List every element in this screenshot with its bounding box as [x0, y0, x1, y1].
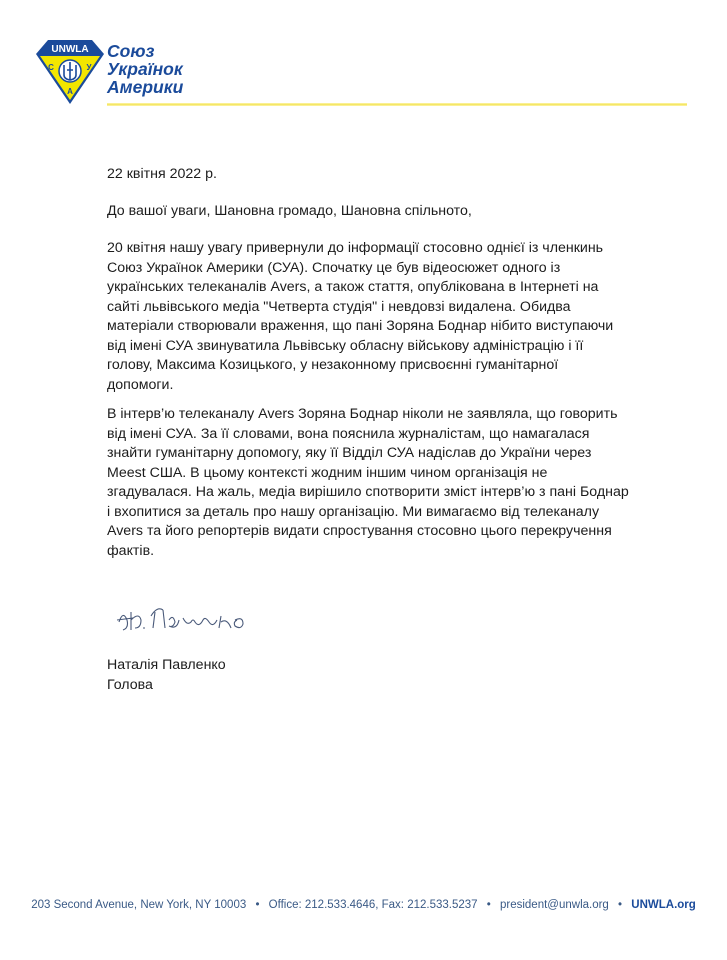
svg-text:С: С	[48, 63, 54, 72]
unwla-emblem-icon: UNWLA С У А	[34, 38, 106, 106]
paragraph-line: сайті львівського медіа "Четверта студія…	[107, 298, 627, 318]
footer-separator: •	[487, 899, 491, 911]
letter-greeting: До вашої уваги, Шановна громадо, Шановна…	[107, 202, 472, 222]
letter-paragraph-1: 20 квітня нашу увагу привернули до інфор…	[107, 239, 627, 395]
signer-name: Наталія Павленко	[107, 656, 226, 676]
paragraph-line: Meest США. В цьому контексті жодним інши…	[107, 464, 627, 484]
footer-address: 203 Second Avenue, New York, NY 10003	[31, 899, 246, 911]
footer-website-link[interactable]: UNWLA.org	[631, 899, 696, 911]
letterhead: UNWLA С У А Союз Українок Америки	[34, 38, 694, 110]
paragraph-line: матеріали створювали враження, що пані З…	[107, 317, 627, 337]
paragraph-line: від імені СУА. За її словами, вона поясн…	[107, 425, 627, 445]
paragraph-line: Союз Українок Америки (СУА). Спочатку це…	[107, 259, 627, 279]
paragraph-line: допомоги.	[107, 376, 627, 396]
paragraph-line: Avers та його репортерів видати спростув…	[107, 522, 627, 542]
paragraph-line: фактів.	[107, 542, 627, 562]
paragraph-line: голову, Максима Козицького, у незаконном…	[107, 356, 627, 376]
header-divider	[107, 103, 687, 106]
paragraph-line: 20 квітня нашу увагу привернули до інфор…	[107, 239, 627, 259]
footer-separator: •	[255, 899, 259, 911]
org-name-line: Америки	[107, 78, 183, 96]
org-name-line: Українок	[107, 60, 183, 78]
letter-date: 22 квітня 2022 р.	[107, 165, 217, 185]
letterhead-footer: 203 Second Avenue, New York, NY 10003 • …	[0, 899, 727, 911]
letter-paragraph-2: В інтерв’ю телеканалу Avers Зоряна Бодна…	[107, 405, 627, 561]
organization-name: Союз Українок Америки	[107, 42, 183, 96]
paragraph-line: українських телеканалів Avers, а також с…	[107, 278, 627, 298]
svg-text:А: А	[67, 87, 73, 96]
handwritten-signature: Н.Павленко	[113, 598, 293, 638]
paragraph-line: і вхопитися за деталь про нашу організац…	[107, 503, 627, 523]
paragraph-line: згадувалася. На жаль, медіа вирішило спо…	[107, 483, 627, 503]
paragraph-line: В інтерв’ю телеканалу Avers Зоряна Бодна…	[107, 405, 627, 425]
org-name-line: Союз	[107, 42, 183, 60]
footer-phones: Office: 212.533.4646, Fax: 212.533.5237	[269, 899, 478, 911]
footer-email-link[interactable]: president@unwla.org	[500, 899, 609, 911]
paragraph-line: знайти гуманітарну допомогу, яку її Відд…	[107, 444, 627, 464]
footer-separator: •	[618, 899, 622, 911]
paragraph-line: від імені СУА звинуватила Львівську обла…	[107, 337, 627, 357]
svg-text:UNWLA: UNWLA	[51, 44, 88, 55]
signer-title: Голова	[107, 676, 153, 696]
